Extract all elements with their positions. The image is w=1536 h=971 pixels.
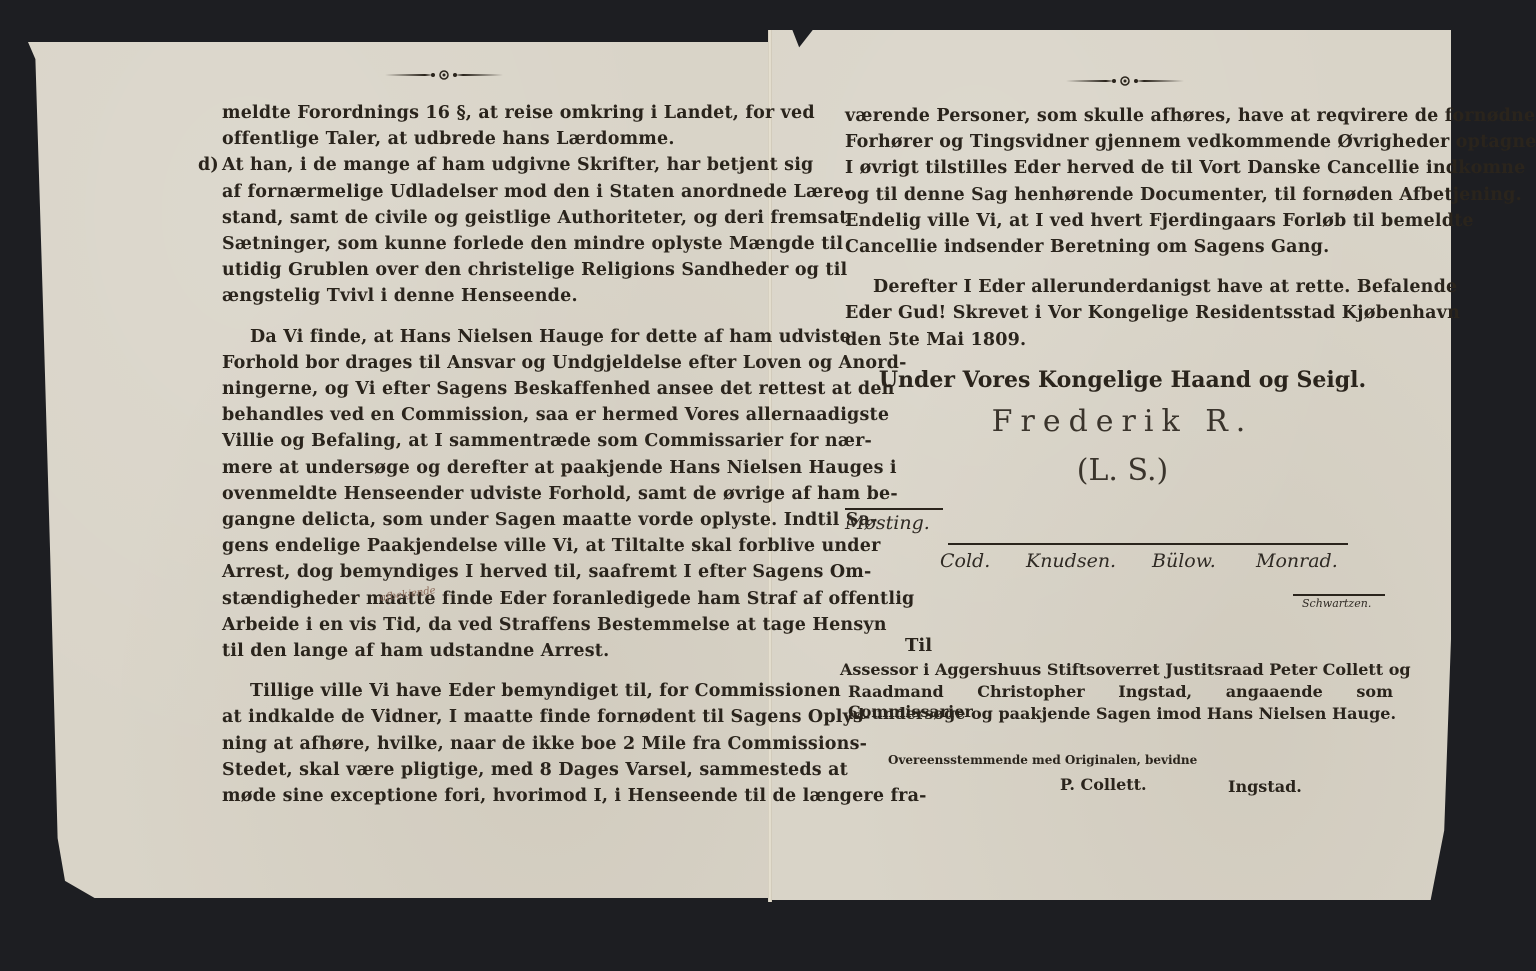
countersignature-monrad: Monrad. <box>1256 550 1338 572</box>
text-line: Forhører og Tingsvidner gjennem vedkomme… <box>845 129 1400 155</box>
certification-text: Overeensstemmende med Originalen, bevidn… <box>888 753 1197 767</box>
text-line: Derefter I Eder allerunderdanigst have a… <box>845 274 1400 300</box>
text-line: stændigheder maatte finde Eder foranledi… <box>222 586 722 612</box>
signature-rule <box>948 543 1348 545</box>
text-line: Arbeide i en vis Tid, da ved Straffens B… <box>222 612 722 638</box>
text-line: ovenmeldte Henseender udviste Forhold, s… <box>222 481 722 507</box>
text-line: meldte Forordnings 16 §, at reise omkrin… <box>222 100 722 126</box>
secretary-signature: Schwartzen. <box>1302 597 1371 610</box>
certifier-ingstad: Ingstad. <box>1228 777 1302 796</box>
text-line: Villie og Befaling, at I sammentræde som… <box>222 428 722 454</box>
text-line: I øvrigt tilstilles Eder herved de til V… <box>845 155 1400 181</box>
text-line: offentlige Taler, at udbrede hans Lærdom… <box>222 126 722 152</box>
text-line: gangne delicta, som under Sagen maatte v… <box>222 507 722 533</box>
signature-rule <box>845 508 943 510</box>
text-line: utidig Grublen over den christelige Reli… <box>222 257 722 283</box>
address-line: Assessor i Aggershuus Stiftsoverret Just… <box>840 660 1411 680</box>
text-line: Forhold bor drages til Ansvar og Undgjel… <box>222 350 722 376</box>
right-page-text: værende Personer, som skulle afhøres, ha… <box>845 103 1400 353</box>
countersignature-bulow: Bülow. <box>1152 550 1216 572</box>
text-line: Arrest, dog bemyndiges I herved til, saa… <box>222 559 722 585</box>
text-line: ængstelig Tvivl i denne Henseende. <box>222 283 722 309</box>
item-marker: d) <box>198 152 219 178</box>
certifier-collett: P. Collett. <box>1060 775 1147 794</box>
text-line: ningerne, og Vi efter Sagens Beskaffenhe… <box>222 376 722 402</box>
text-line: at indkalde de Vidner, I maatte finde fo… <box>222 704 722 730</box>
closing-formula: Under Vores Kongelige Haand og Seigl. <box>845 365 1400 395</box>
text-line: Tillige ville Vi have Eder bemyndiget ti… <box>222 678 722 704</box>
text-line: behandles ved en Commission, saa er herm… <box>222 402 722 428</box>
text-line: til den lange af ham udstandne Arrest. <box>222 638 722 664</box>
address-line: at undersøge og paakjende Sagen imod Han… <box>848 704 1396 724</box>
text-line: mere at undersøge og derefter at paakjen… <box>222 455 722 481</box>
signature-rule <box>1293 594 1385 596</box>
text-line: møde sine exceptione fori, hvorimod I, i… <box>222 783 722 809</box>
document-spread: meldte Forordnings 16 §, at reise omkrin… <box>0 0 1536 971</box>
text-line: ning at afhøre, hvilke, naar de ikke boe… <box>222 731 722 757</box>
text-line: At han, i de mange af ham udgivne Skrift… <box>222 152 722 178</box>
text-line: Endelig ville Vi, at I ved hvert Fjerdin… <box>845 208 1400 234</box>
text-line: værende Personer, som skulle afhøres, ha… <box>845 103 1400 129</box>
text-line: af fornærmelige Udladelser mod den i Sta… <box>222 179 722 205</box>
text-line: Cancellie indsender Beretning om Sagens … <box>845 234 1400 260</box>
text-line: stand, samt de civile og geistlige Autho… <box>222 205 722 231</box>
text-line: Eder Gud! Skrevet i Vor Kongelige Reside… <box>845 300 1400 326</box>
address-to: Til <box>905 636 932 656</box>
ornament-divider-icon <box>1066 76 1184 86</box>
date-line: den 5te Mai 1809. <box>845 327 1400 353</box>
royal-signature: Frederik R. <box>845 399 1400 445</box>
text-line: Stedet, skal være pligtige, med 8 Dages … <box>222 757 722 783</box>
left-page-text: meldte Forordnings 16 §, at reise omkrin… <box>222 100 722 809</box>
text-line: Da Vi finde, at Hans Nielsen Hauge for d… <box>222 324 722 350</box>
ornament-divider-icon <box>385 70 503 80</box>
royal-closing: Under Vores Kongelige Haand og Seigl. Fr… <box>845 365 1400 491</box>
text-line: og til denne Sag henhørende Documenter, … <box>845 182 1400 208</box>
text-line: Sætninger, som kunne forlede den mindre … <box>222 231 722 257</box>
countersignature-knudsen: Knudsen. <box>1026 550 1116 572</box>
countersignature-mosting: Møsting. <box>845 512 930 534</box>
text-line: gens endelige Paakjendelse ville Vi, at … <box>222 533 722 559</box>
paragraph-commission: Da Vi finde, at Hans Nielsen Hauge for d… <box>222 324 722 665</box>
seal-mark: (L. S.) <box>845 451 1400 491</box>
item-d: d) At han, i de mange af ham udgivne Skr… <box>222 152 722 309</box>
countersignature-cold: Cold. <box>940 550 990 572</box>
paragraph-witnesses: Tillige ville Vi have Eder bemyndiget ti… <box>222 678 722 809</box>
